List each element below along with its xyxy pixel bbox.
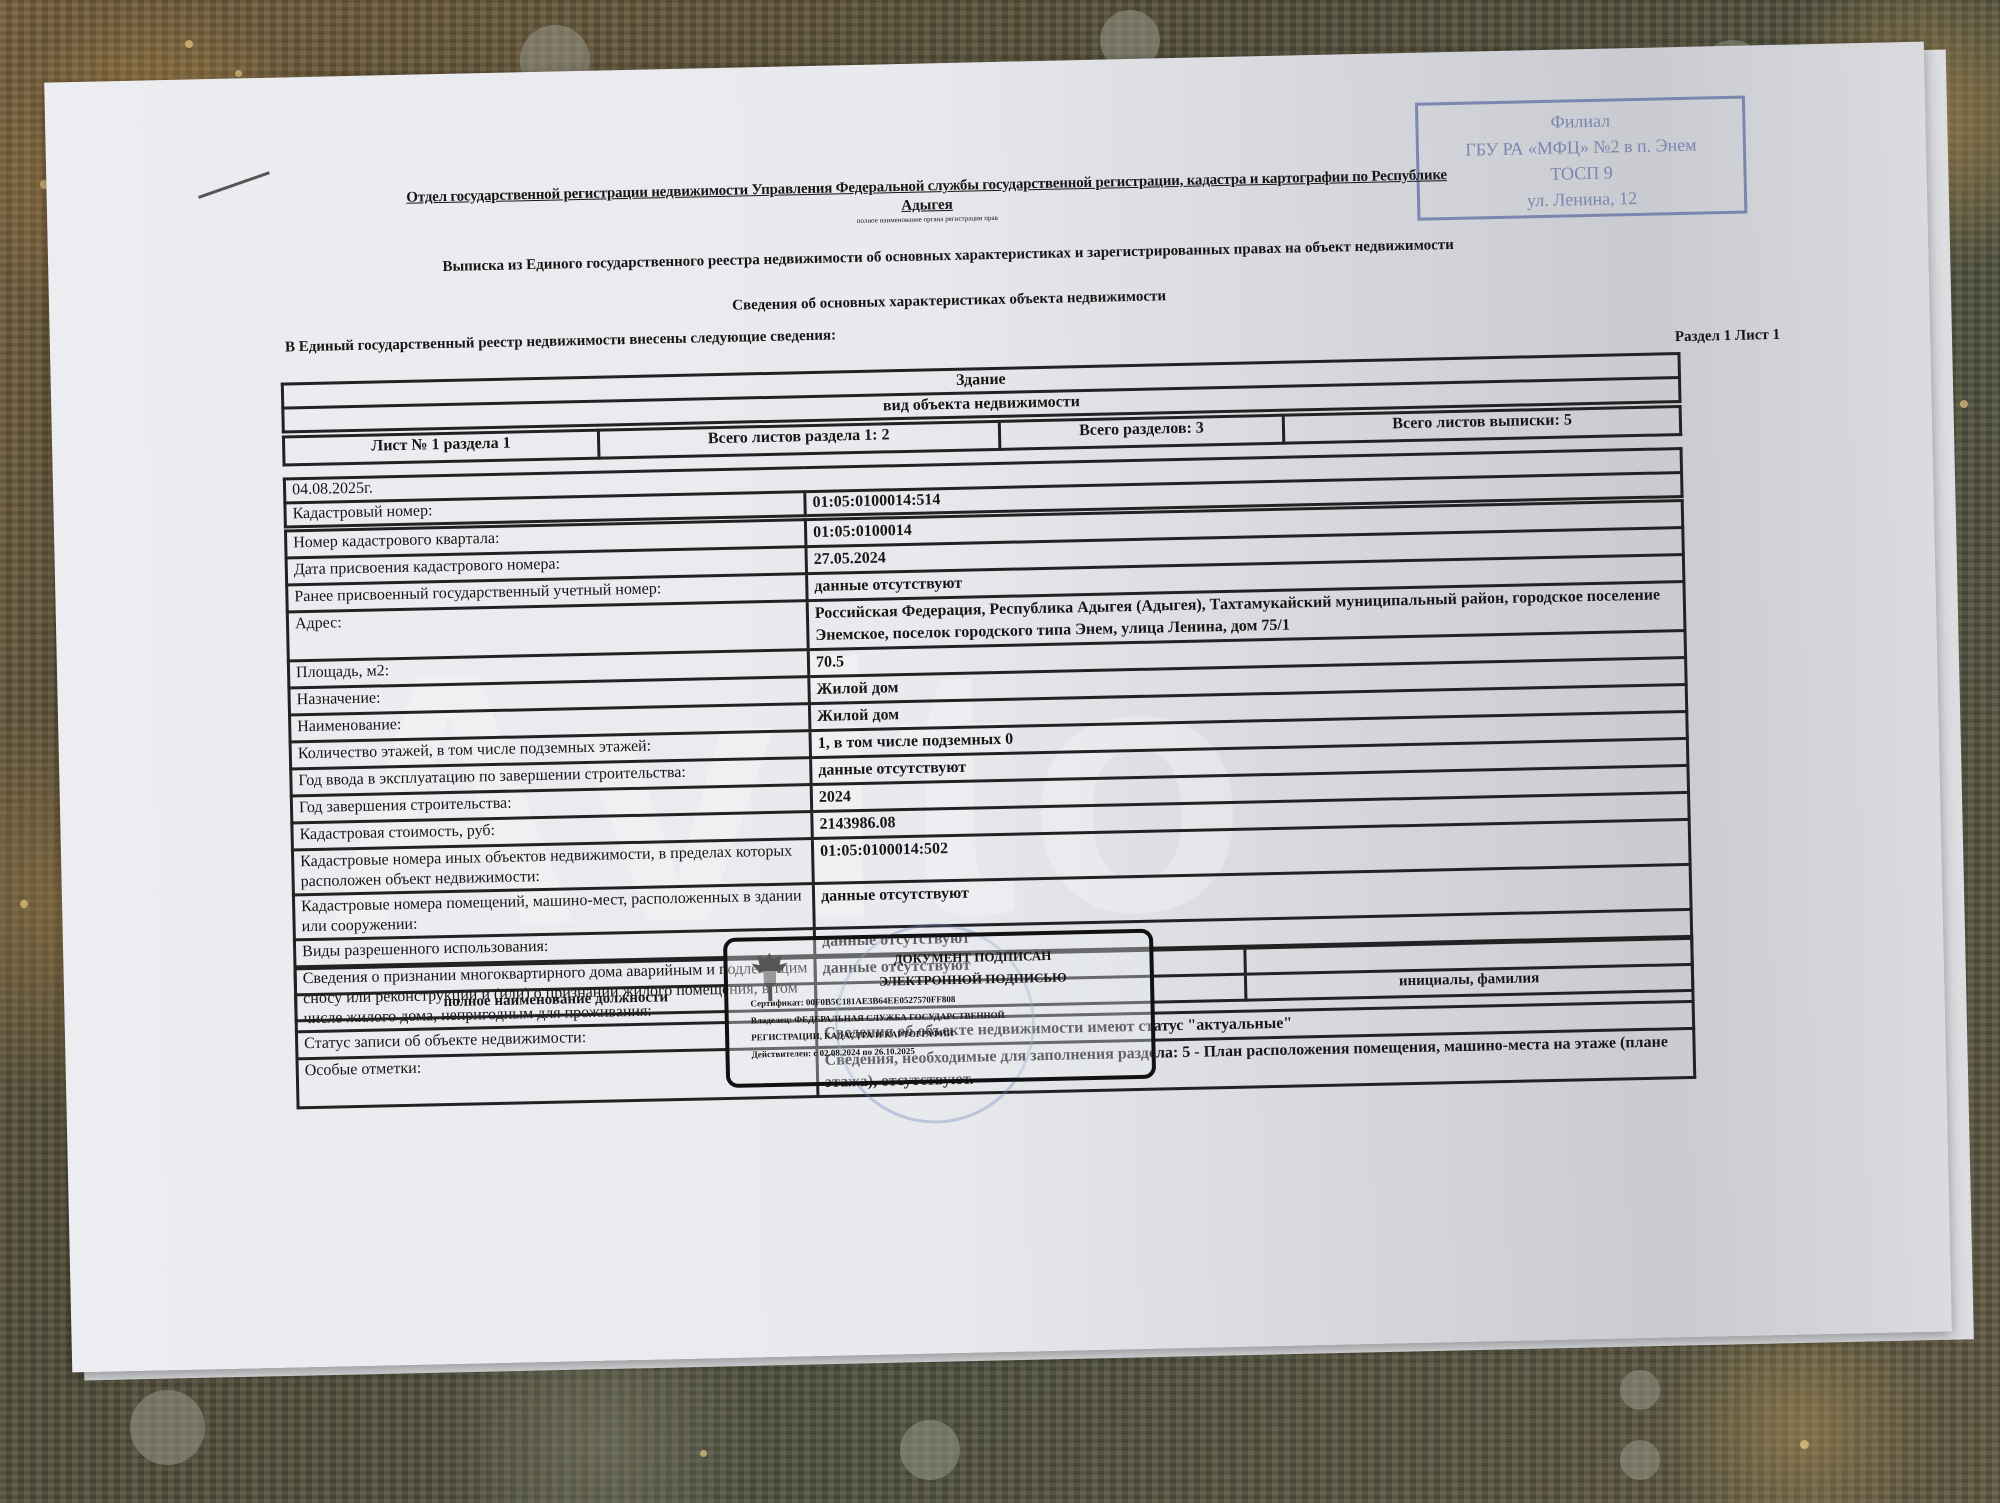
organization-header: Отдел государственной регистрации недвиж… [277, 164, 1578, 237]
electronic-signature-stamp: ДОКУМЕНТ ПОДПИСАН ЭЛЕКТРОННОЙ ПОДПИСЬЮ С… [723, 929, 1156, 1088]
sheet-of-section: Лист № 1 раздела 1 [283, 430, 598, 465]
intro-text: В Единый государственный реестр недвижим… [285, 327, 836, 356]
total-sections: Всего разделов: 3 [999, 415, 1284, 449]
sheet-reference: Раздел 1 Лист 1 [1675, 327, 1781, 346]
document-sheet: Avito Филиал ГБУ РА «МФЦ» №2 в п. Энем Т… [44, 42, 1952, 1373]
coat-of-arms-icon [749, 949, 790, 1006]
document-title: Выписка из Единого государственного реес… [298, 234, 1598, 279]
section-title: Сведения об основных характеристиках объ… [299, 279, 1599, 324]
total-section-sheets: Всего листов раздела 1: 2 [598, 421, 999, 458]
pen-mark [198, 171, 270, 199]
total-extract-sheets: Всего листов выписки: 5 [1284, 407, 1681, 444]
